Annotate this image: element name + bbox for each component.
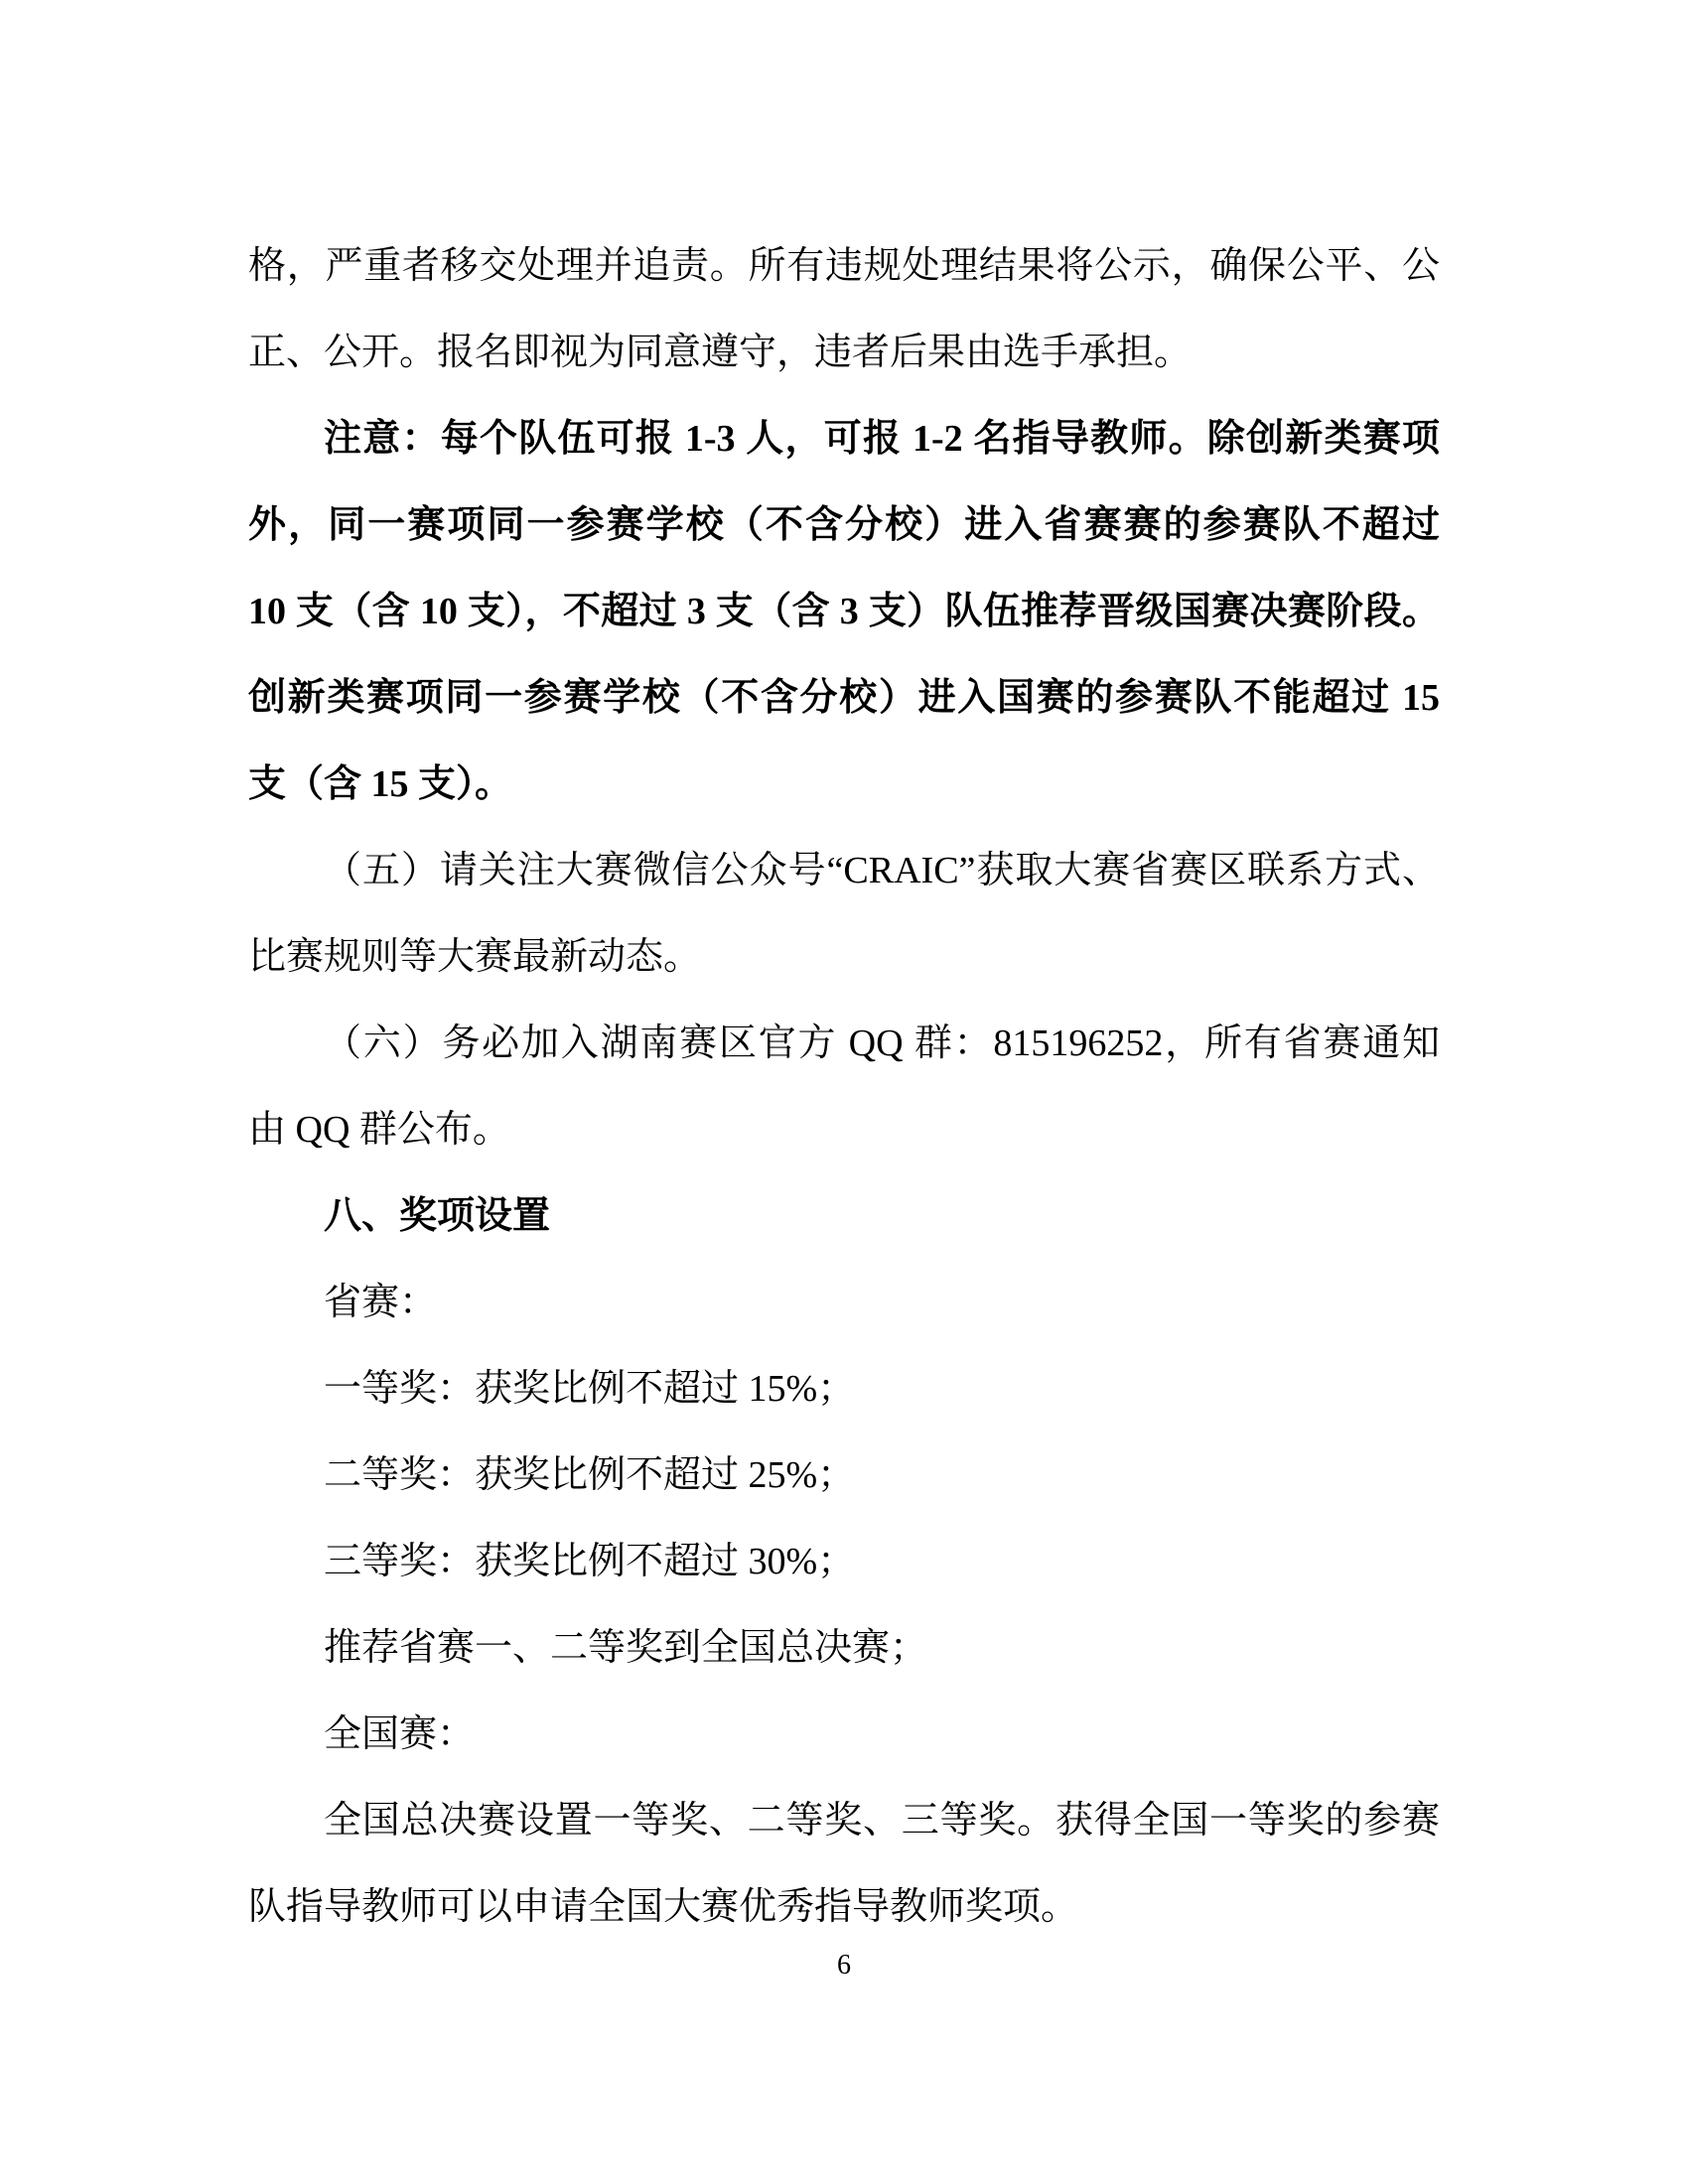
page-number: 6 xyxy=(0,1946,1688,1985)
para-item6-line-1: （六）务必加入湖南赛区官方 QQ 群：815196252，所有省赛通知 xyxy=(248,1001,1440,1087)
line-first-prize: 一等奖：获奖比例不超过 15%； xyxy=(248,1346,1440,1433)
para-national-line-2: 队指导教师可以申请全国大赛优秀指导教师奖项。 xyxy=(248,1864,1440,1951)
heading-awards: 八、奖项设置 xyxy=(248,1173,1440,1260)
document-body: 格，严重者移交处理并追责。所有违规处理结果将公示，确保公平、公 正、公开。报名即… xyxy=(248,223,1440,1951)
para-notice-line-5: 支（含 15 支）。 xyxy=(248,742,1440,828)
para-item5-line-1: （五）请关注大赛微信公众号“CRAIC”获取大赛省赛区联系方式、 xyxy=(248,828,1440,914)
para-notice-line-3: 10 支（含 10 支），不超过 3 支（含 3 支）队伍推荐晋级国赛决赛阶段。 xyxy=(248,569,1440,655)
para-violation-line-1: 格，严重者移交处理并追责。所有违规处理结果将公示，确保公平、公 xyxy=(248,223,1440,310)
para-item5-line-2: 比赛规则等大赛最新动态。 xyxy=(248,914,1440,1001)
para-national-line-1: 全国总决赛设置一等奖、二等奖、三等奖。获得全国一等奖的参赛 xyxy=(248,1778,1440,1864)
line-provincial-label: 省赛： xyxy=(248,1260,1440,1346)
document-page: 格，严重者移交处理并追责。所有违规处理结果将公示，确保公平、公 正、公开。报名即… xyxy=(0,0,1688,2184)
para-item6-line-2: 由 QQ 群公布。 xyxy=(248,1087,1440,1173)
line-recommend-finals: 推荐省赛一、二等奖到全国总决赛； xyxy=(248,1605,1440,1692)
para-notice-line-4: 创新类赛项同一参赛学校（不含分校）进入国赛的参赛队不能超过 15 xyxy=(248,655,1440,742)
para-notice-line-1: 注意：每个队伍可报 1-3 人，可报 1-2 名指导教师。除创新类赛项 xyxy=(248,396,1440,482)
line-national-label: 全国赛： xyxy=(248,1692,1440,1778)
line-third-prize: 三等奖：获奖比例不超过 30%； xyxy=(248,1519,1440,1605)
para-notice-line-2: 外，同一赛项同一参赛学校（不含分校）进入省赛赛的参赛队不超过 xyxy=(248,482,1440,569)
para-violation-line-2: 正、公开。报名即视为同意遵守，违者后果由选手承担。 xyxy=(248,310,1440,396)
line-second-prize: 二等奖：获奖比例不超过 25%； xyxy=(248,1433,1440,1519)
